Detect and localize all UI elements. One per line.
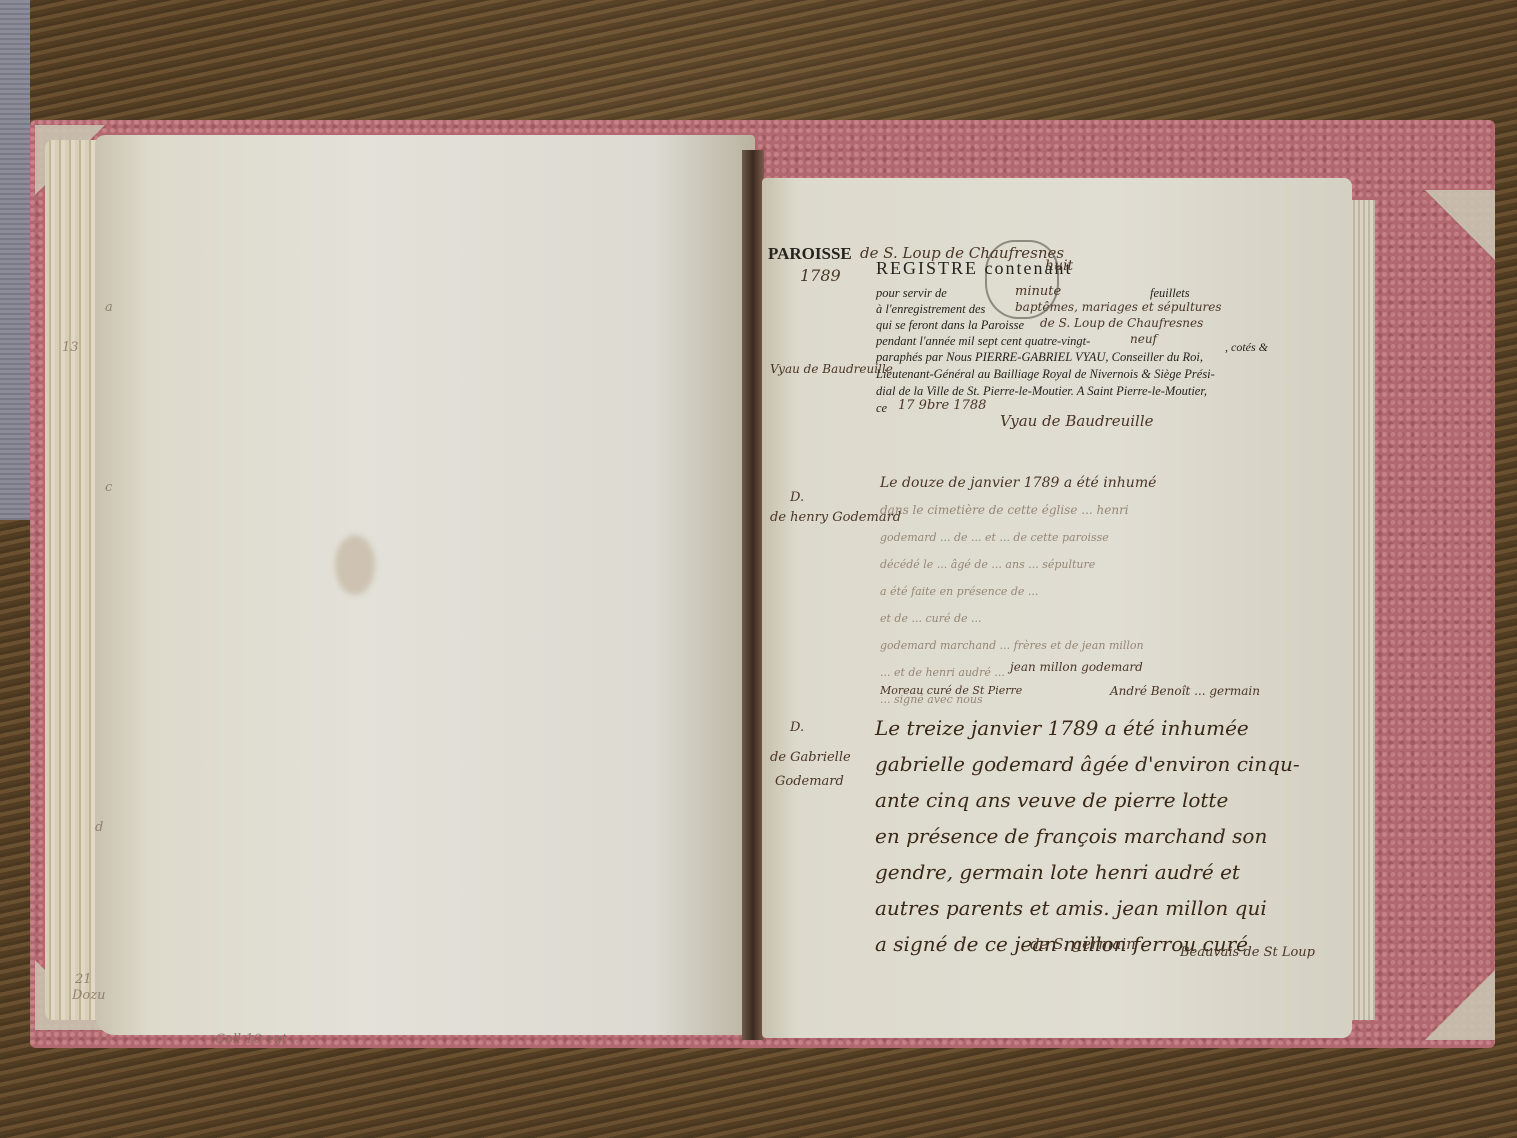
entry-line: et de ... curé de ... — [880, 605, 1156, 632]
handwritten-date: 17 9bre 1788 — [898, 398, 986, 413]
carpet-edge — [0, 0, 30, 520]
entry-line: dans le cimetière de cette église ... he… — [880, 497, 1156, 524]
entry-margin-name: de Gabrielle — [770, 750, 851, 765]
left-margin-note: a — [105, 300, 113, 315]
printed-line: qui se feront dans la Paroisse — [876, 318, 1024, 333]
entry-line: décédé le ... âgé de ... ans ... sépultu… — [880, 551, 1156, 578]
entry-line: autres parents et amis. jean millon qui — [875, 890, 1300, 926]
printed-line: pour servir de — [876, 286, 947, 301]
printed-line: feuillets — [1150, 286, 1190, 301]
entry-line: Le douze de janvier 1789 a été inhumé — [880, 470, 1156, 497]
water-stain — [335, 535, 375, 595]
printed-line: , cotés & — [1225, 340, 1268, 355]
entry-line: godemard marchand ... frères et de jean … — [880, 632, 1156, 659]
entry-line: godemard ... de ... et ... de cette paro… — [880, 524, 1156, 551]
entry-signature: de S. germain — [1030, 935, 1136, 953]
left-margin-note: d — [95, 820, 103, 835]
year: 1789 — [800, 266, 841, 285]
book-spine — [742, 150, 764, 1040]
printed-line: à l'enregistrement des — [876, 302, 985, 317]
entry-signature: Beauvais de St Loup — [1180, 945, 1315, 960]
left-page — [95, 135, 755, 1035]
handwritten-fill: de S. Loup de Chaufresnes — [1040, 316, 1203, 330]
left-margin-note: 21 — [75, 972, 92, 987]
entry-line: a été faite en présence de ... — [880, 578, 1156, 605]
entry-margin-note: D. — [790, 720, 804, 735]
entry-margin-note: D. — [790, 490, 804, 505]
judge-signature: Vyau de Baudreuille — [1000, 412, 1154, 430]
printed-line: dial de la Ville de St. Pierre-le-Moutie… — [876, 384, 1207, 399]
left-margin-note: Dozu — [72, 988, 105, 1003]
registre-title: REGISTRE contenant — [876, 258, 1072, 279]
registre-count: huit — [1045, 258, 1073, 274]
left-margin-note: 13 — [62, 340, 79, 355]
entry-line: gendre, germain lote henri audré et — [875, 854, 1300, 890]
handwritten-fill: neuf — [1130, 332, 1157, 346]
entry-1-body: Le douze de janvier 1789 a été inhumé da… — [880, 470, 1156, 713]
handwritten-fill: baptêmes, mariages et sépultures — [1015, 300, 1222, 314]
entry-margin-name: Godemard — [775, 774, 844, 789]
entry-2-body: Le treize janvier 1789 a été inhumée gab… — [875, 710, 1300, 962]
paroisse-label: PAROISSE — [768, 244, 852, 264]
bottom-edge-note: Coll 10 egt ... — [215, 1032, 304, 1047]
handwritten-fill: minute — [1015, 284, 1061, 299]
printed-line: paraphés par Nous PIERRE-GABRIEL VYAU, C… — [876, 350, 1203, 365]
printed-line: Lieutenant-Général au Bailliage Royal de… — [876, 367, 1215, 382]
entry-signature: André Benoît ... germain — [1110, 684, 1260, 698]
entry-signature: jean millon godemard — [1010, 660, 1143, 674]
left-margin-note: c — [105, 480, 112, 495]
printed-line: ce — [876, 401, 887, 416]
entry-line: Le treize janvier 1789 a été inhumée — [875, 710, 1300, 746]
entry-line: gabrielle godemard âgée d'environ cinqu- — [875, 746, 1300, 782]
entry-signature: Moreau curé de St Pierre — [880, 684, 1022, 697]
entry-line: ante cinq ans veuve de pierre lotte — [875, 782, 1300, 818]
entry-line: en présence de françois marchand son — [875, 818, 1300, 854]
printed-line: pendant l'année mil sept cent quatre-vin… — [876, 334, 1090, 349]
margin-signature: Vyau de Baudreuille — [770, 362, 893, 376]
